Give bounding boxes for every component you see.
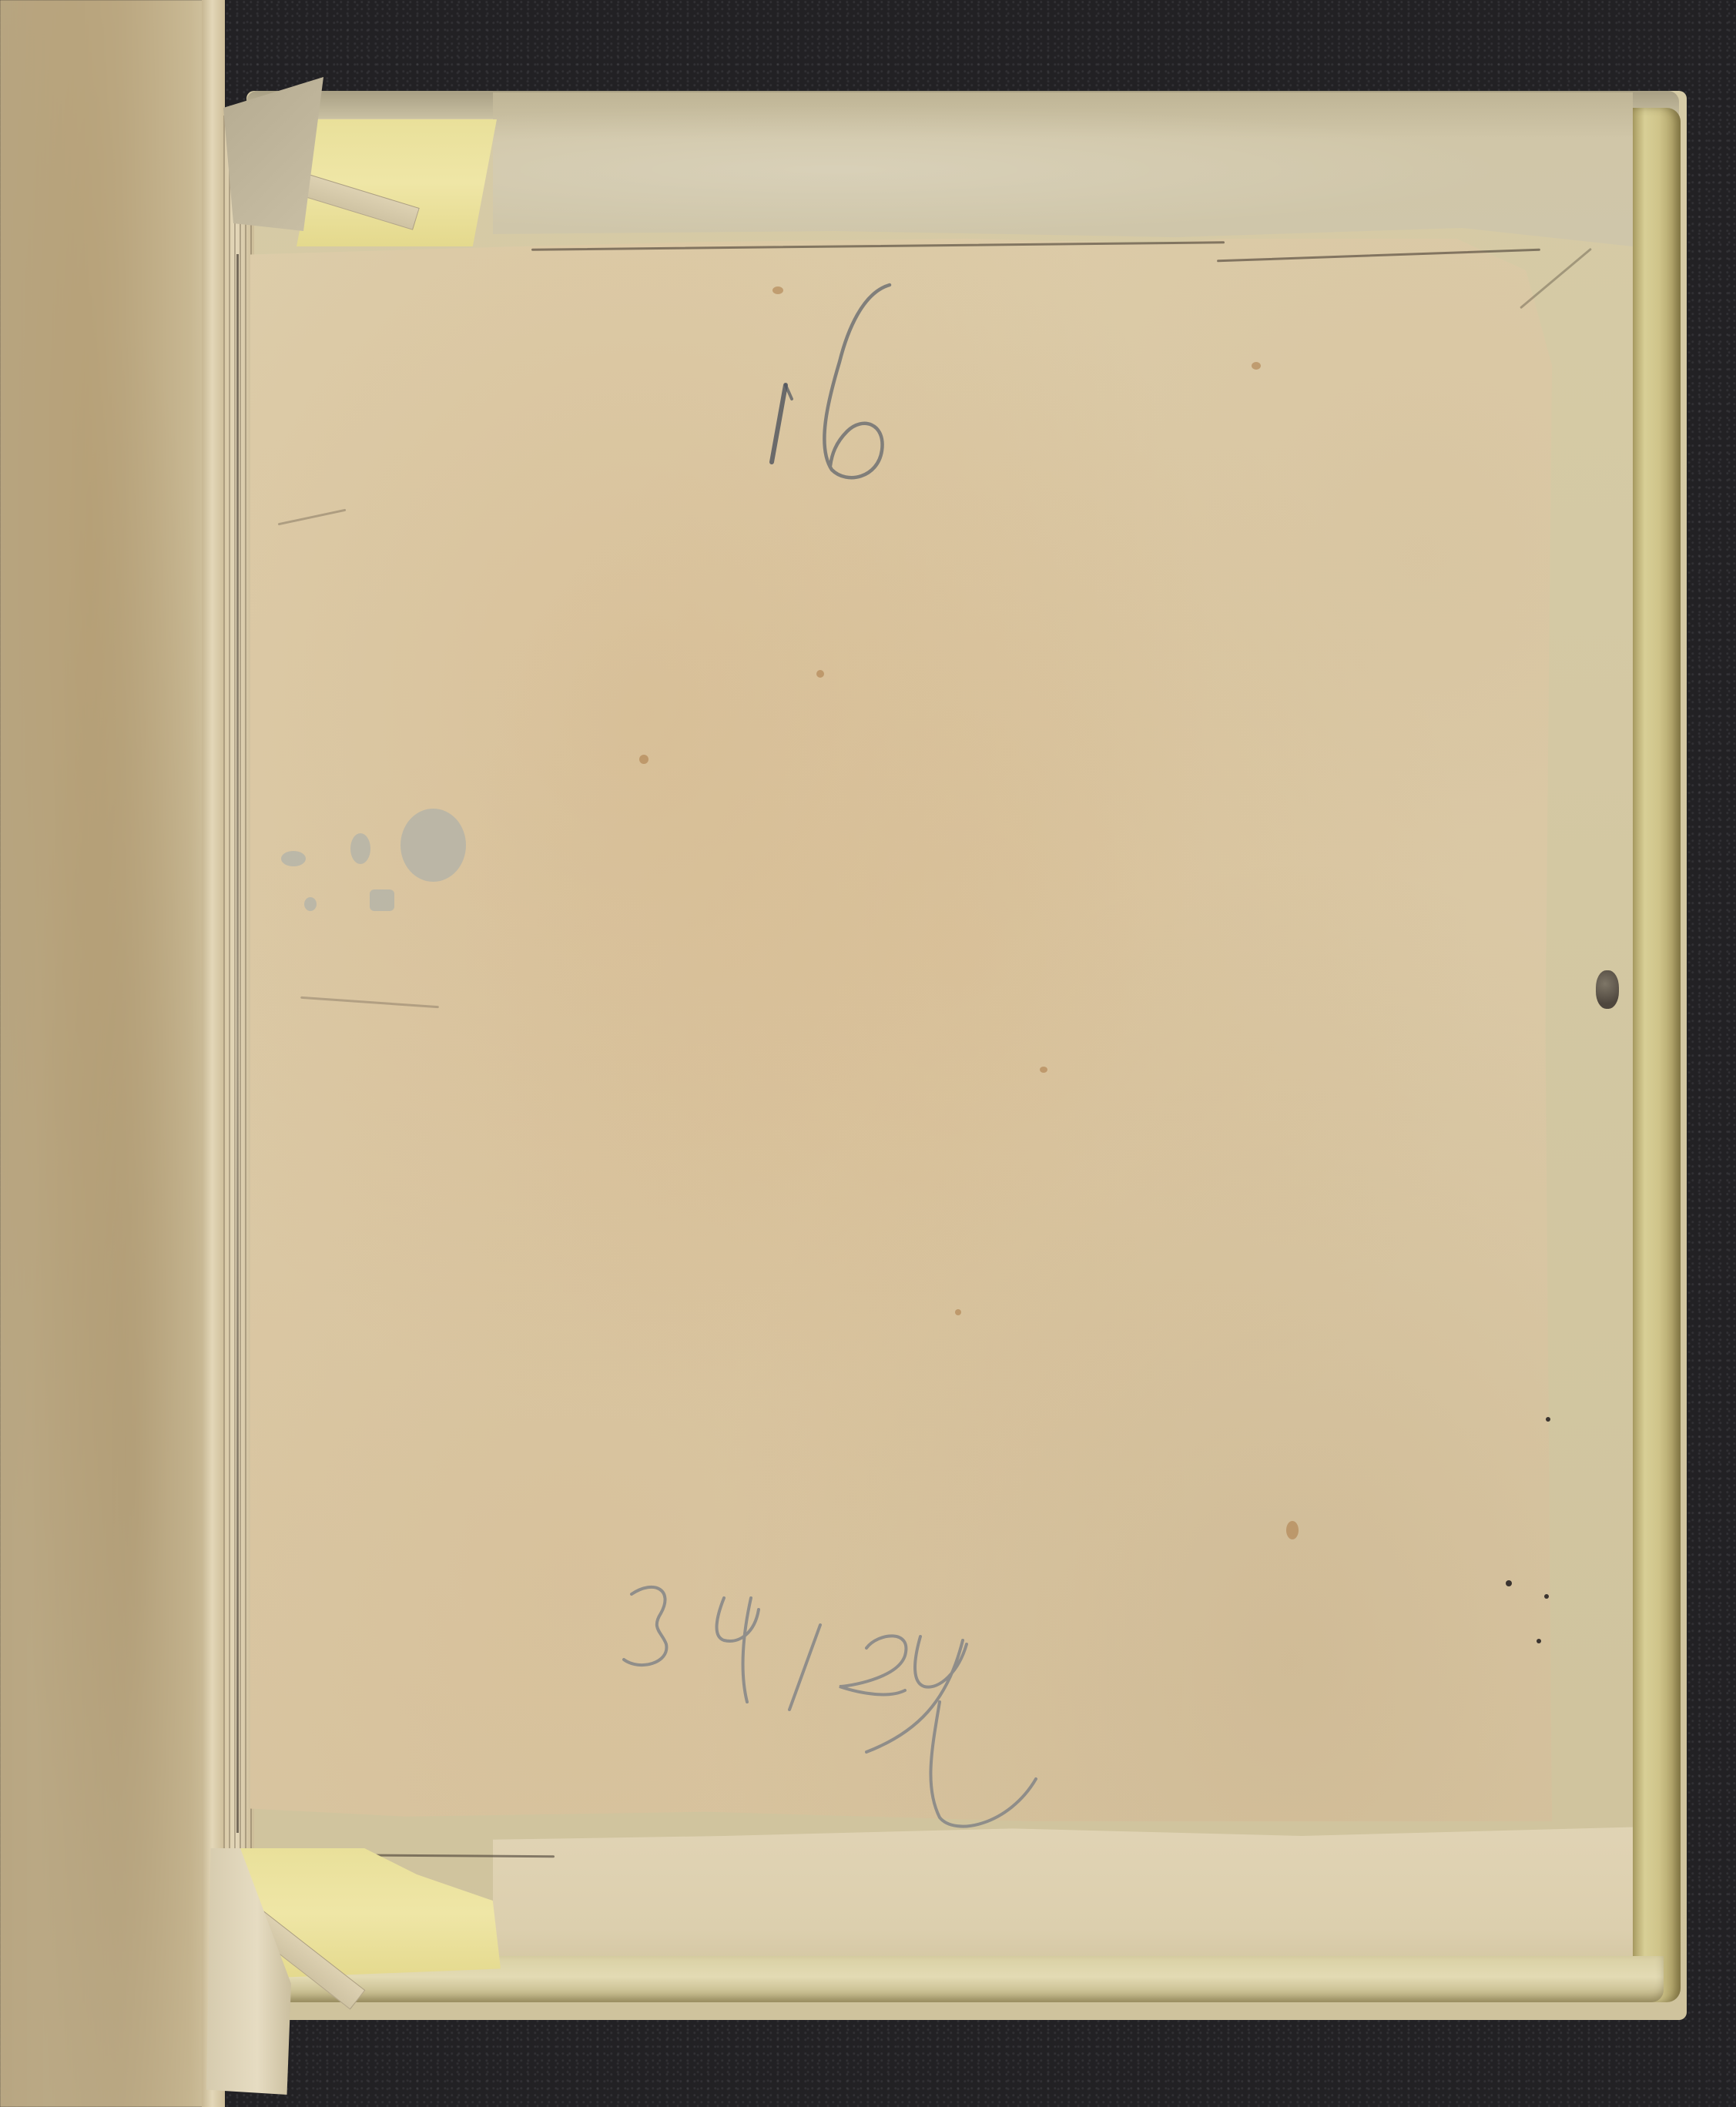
fox-spot [955, 1309, 961, 1315]
pastedown-sheet [250, 239, 1552, 1821]
vellum-turnin-right [1633, 108, 1681, 2002]
dark-mark-right-edge [1596, 970, 1619, 1009]
fox-spot [1252, 362, 1261, 370]
spine-gutter [223, 116, 254, 1979]
stain-small-4 [304, 897, 317, 911]
ink-dot [1537, 1639, 1541, 1643]
ink-dot [1506, 1580, 1512, 1586]
stain-large [400, 809, 466, 882]
left-page-edge [202, 0, 225, 2107]
stain-small-3 [370, 889, 394, 911]
stain-small-1 [281, 851, 306, 866]
fox-spot [772, 286, 783, 294]
left-facing-page [0, 0, 223, 2107]
ink-dot [1546, 1417, 1550, 1422]
fox-spot [1040, 1067, 1047, 1073]
fox-spot [639, 755, 648, 764]
stain-small-2 [350, 833, 370, 864]
gutter-crease [236, 254, 239, 1833]
paper-turnin-top [493, 92, 1633, 246]
ink-dot [1544, 1594, 1549, 1599]
fox-spot [816, 670, 824, 678]
fox-spot [1286, 1521, 1299, 1539]
